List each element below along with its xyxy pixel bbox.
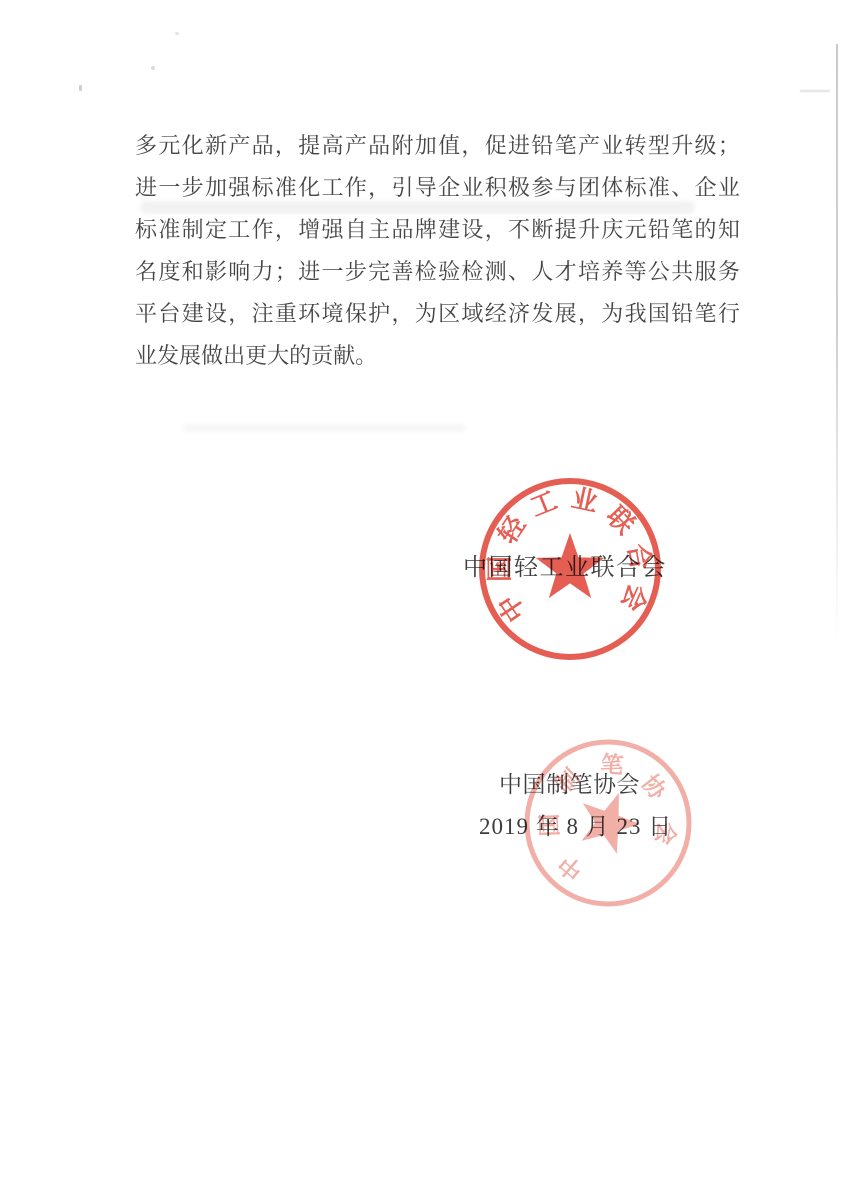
seal-character: 协 (637, 771, 671, 805)
scan-speck (79, 85, 82, 91)
seal-character: 联 (601, 501, 640, 540)
seal-character: 会 (615, 580, 652, 616)
paragraph-line: 进一步加强标准化工作，引导企业积极参与团体标准、企业 (135, 165, 740, 207)
seal-character: 中 (493, 589, 532, 627)
paragraph-line: 名度和影响力；进一步完善检验检测、人才培养等公共服务 (135, 249, 740, 291)
scan-ghost-band (183, 424, 466, 432)
seal-character: 轻 (492, 510, 532, 549)
seal-character: 工 (526, 486, 561, 523)
document-page: 多元化新产品，提高产品附加值，促进铅笔产业转型升级；进一步加强标准化工作，引导企… (0, 0, 848, 1200)
paragraph-line: 标准制定工作，增强自主品牌建设，不断提升庆元铅笔的知 (135, 207, 740, 249)
seal-character: 中 (554, 850, 588, 884)
scan-speck (151, 66, 155, 70)
scan-edge-tick (800, 90, 830, 92)
scan-speck (175, 32, 179, 35)
scan-edge-line (836, 44, 838, 644)
signature-org-light-industry-federation: 中国轻工业联合会 (463, 553, 667, 583)
signature-date: 2019 年 8 月 23 日 (479, 812, 672, 842)
body-paragraph: 多元化新产品，提高产品附加值，促进铅笔产业转型升级；进一步加强标准化工作，引导企… (135, 123, 740, 375)
paragraph-line: 多元化新产品，提高产品附加值，促进铅笔产业转型升级； (135, 123, 740, 165)
paragraph-line: 业发展做出更大的贡献。 (135, 333, 740, 375)
seal-character: 业 (569, 484, 600, 518)
signature-org-pen-making-association: 中国制笔协会 (499, 770, 640, 800)
paragraph-line: 平台建设，注重环境保护，为区域经济发展，为我国铅笔行 (135, 291, 740, 333)
